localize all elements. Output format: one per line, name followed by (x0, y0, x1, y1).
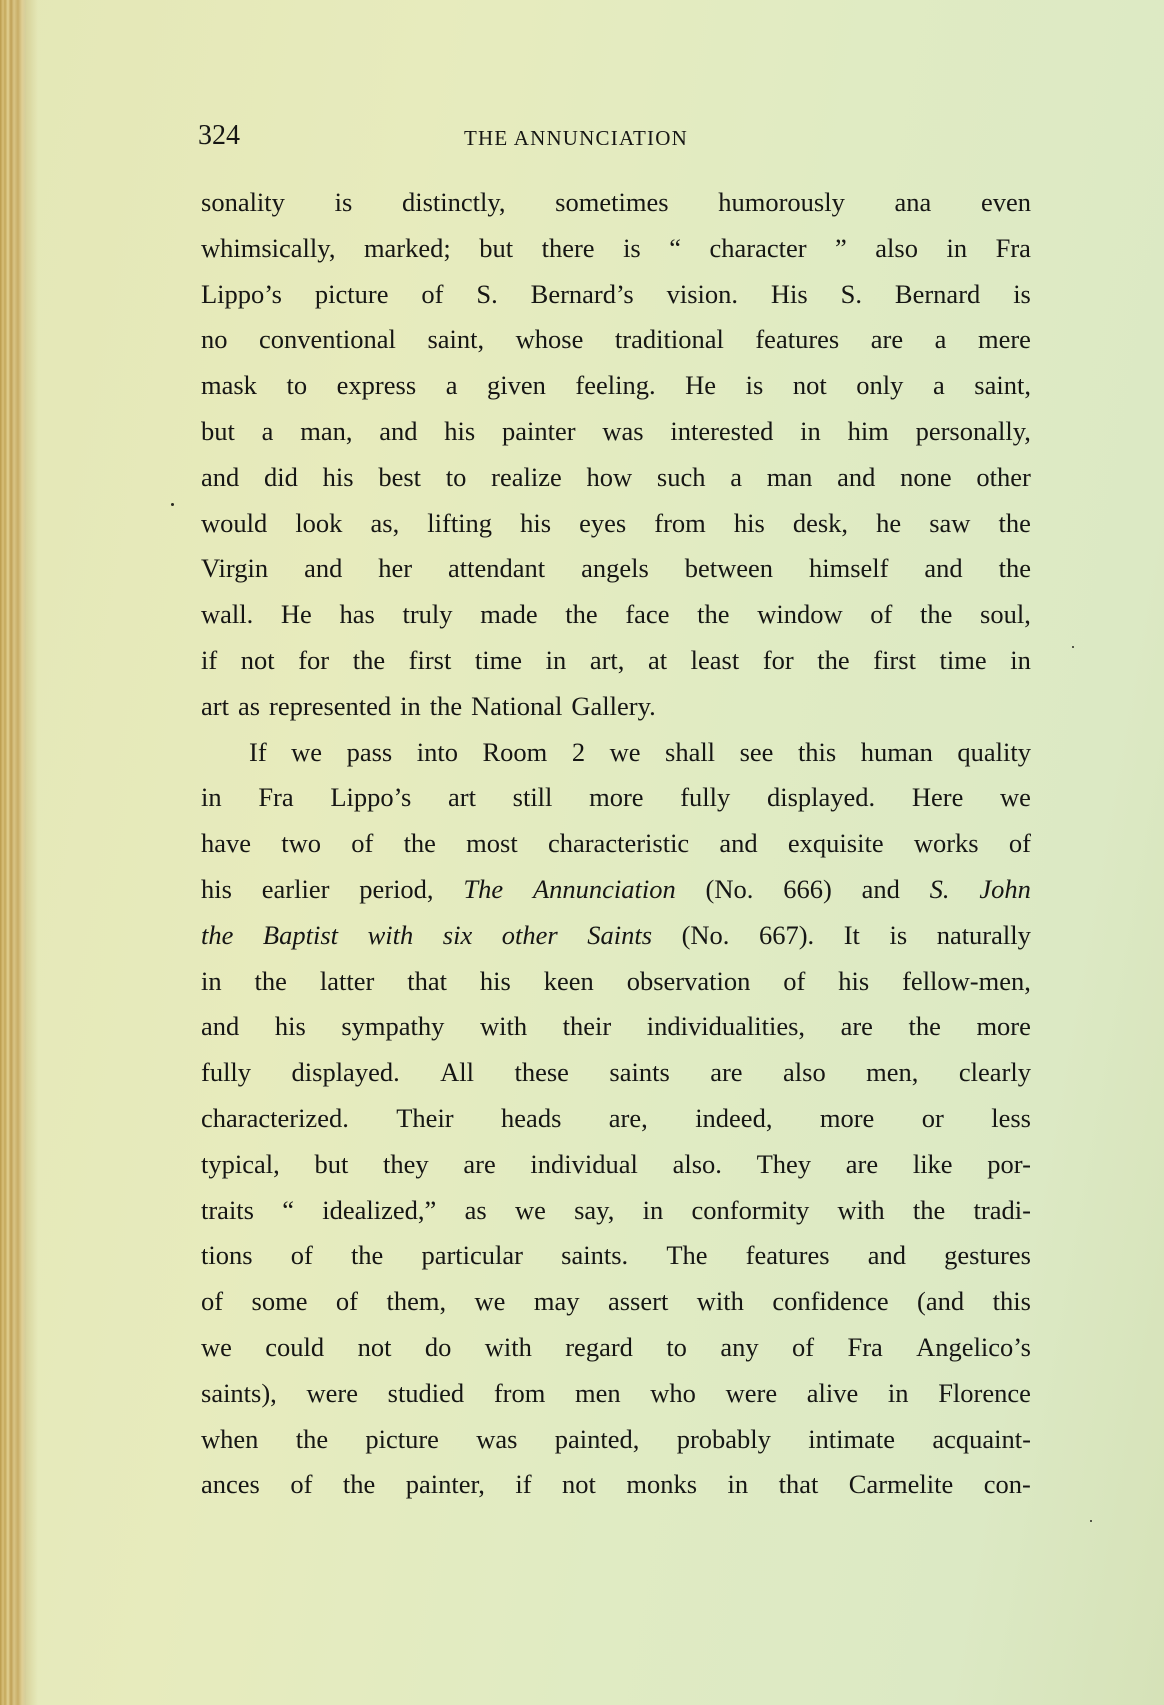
text-line: masktoexpressagivenfeeling.Heisnotonlyas… (201, 363, 1031, 409)
text-line: whimsically,marked;butthereis“character”… (201, 226, 1031, 272)
text-line: IfwepassintoRoom2weshallseethishumanqual… (201, 730, 1031, 776)
text-line: saints),werestudiedfrommenwhowerealivein… (201, 1371, 1031, 1417)
text-line: sonalityisdistinctly,sometimeshumorously… (201, 180, 1031, 226)
page-stack-edge (0, 0, 26, 1705)
paragraph: IfwepassintoRoom2weshallseethishumanqual… (201, 730, 1031, 1509)
text-line: artasrepresentedintheNationalGallery. (201, 684, 1031, 730)
running-head: 324 THE ANNUNCIATION (198, 120, 1034, 160)
scan-speck (1072, 646, 1074, 648)
text-line: theBaptistwithsixotherSaints(No.667).Iti… (201, 913, 1031, 959)
text-line: noconventionalsaint,whosetraditionalfeat… (201, 317, 1031, 363)
text-line: andhissympathywiththeirindividualities,a… (201, 1004, 1031, 1050)
text-line: ifnotforthefirsttimeinart,atleastforthef… (201, 638, 1031, 684)
text-line: ancesofthepainter,ifnotmonksinthatCarmel… (201, 1462, 1031, 1508)
text-line: wouldlookas,liftinghiseyesfromhisdesk,he… (201, 501, 1031, 547)
text-line: fullydisplayed.Allthesesaintsarealsomen,… (201, 1050, 1031, 1096)
gutter-shadow (26, 0, 38, 1705)
body-text: sonalityisdistinctly,sometimeshumorously… (201, 180, 1031, 1508)
scan-speck (1090, 1520, 1092, 1522)
paragraph: sonalityisdistinctly,sometimeshumorously… (201, 180, 1031, 730)
text-line: tionsoftheparticularsaints.Thefeaturesan… (201, 1233, 1031, 1279)
text-line: anddidhisbesttorealizehowsuchamanandnone… (201, 455, 1031, 501)
text-line: havetwoofthemostcharacteristicandexquisi… (201, 821, 1031, 867)
text-line: whenthepicturewaspainted,probablyintimat… (201, 1417, 1031, 1463)
text-line: butaman,andhispainterwasinterestedinhimp… (201, 409, 1031, 455)
text-line: wecouldnotdowithregardtoanyofFraAngelico… (201, 1325, 1031, 1371)
text-line: hisearlierperiod,TheAnnunciation(No.666)… (201, 867, 1031, 913)
text-line: inthelatterthathiskeenobservationofhisfe… (201, 959, 1031, 1005)
page-number: 324 (198, 120, 240, 152)
text-line: ofsomeofthem,wemayassertwithconfidence(a… (201, 1279, 1031, 1325)
text-line: Lippo’spictureofS.Bernard’svision.HisS.B… (201, 272, 1031, 318)
text-line: traits“idealized,”aswesay,inconformitywi… (201, 1188, 1031, 1234)
scan-speck (171, 503, 174, 506)
running-title: THE ANNUNCIATION (464, 126, 688, 151)
text-line: Virginandherattendantangelsbetweenhimsel… (201, 546, 1031, 592)
text-line: typical,buttheyareindividualalso.Theyare… (201, 1142, 1031, 1188)
text-line: characterized.Theirheadsare,indeed,moreo… (201, 1096, 1031, 1142)
text-line: inFraLippo’sartstillmorefullydisplayed.H… (201, 775, 1031, 821)
text-line: wall.Hehastrulymadethefacethewindowofthe… (201, 592, 1031, 638)
